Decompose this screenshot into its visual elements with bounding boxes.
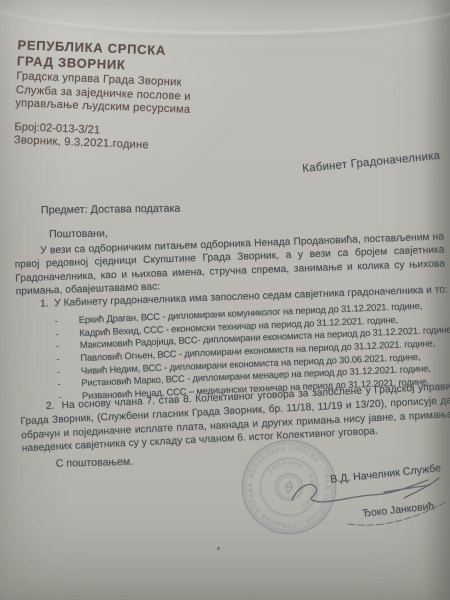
dash-bullet: - bbox=[55, 327, 80, 341]
dash-bullet: - bbox=[56, 339, 81, 353]
signature-stroke bbox=[292, 478, 439, 502]
paper-speck bbox=[217, 547, 220, 550]
scanned-letter-page: РЕПУБЛИКА СРПСКА ГРАД ЗВОРНИК Градска уп… bbox=[0, 0, 450, 600]
subject-block: Предмет: Достава података Поштовани, bbox=[41, 203, 181, 241]
dash-bullet: - bbox=[57, 365, 82, 379]
dash-bullet: - bbox=[57, 377, 82, 391]
handwritten-signature bbox=[288, 468, 450, 532]
dash-bullet: - bbox=[55, 314, 80, 328]
dash-bullet: - bbox=[56, 352, 81, 366]
letterhead: РЕПУБЛИКА СРПСКА ГРАД ЗВОРНИК Градска уп… bbox=[14, 37, 193, 154]
salutation: Поштовани, bbox=[49, 227, 181, 241]
closing-salutation: С поштовањем. bbox=[56, 456, 134, 470]
subject-line: Предмет: Достава података bbox=[41, 203, 181, 217]
